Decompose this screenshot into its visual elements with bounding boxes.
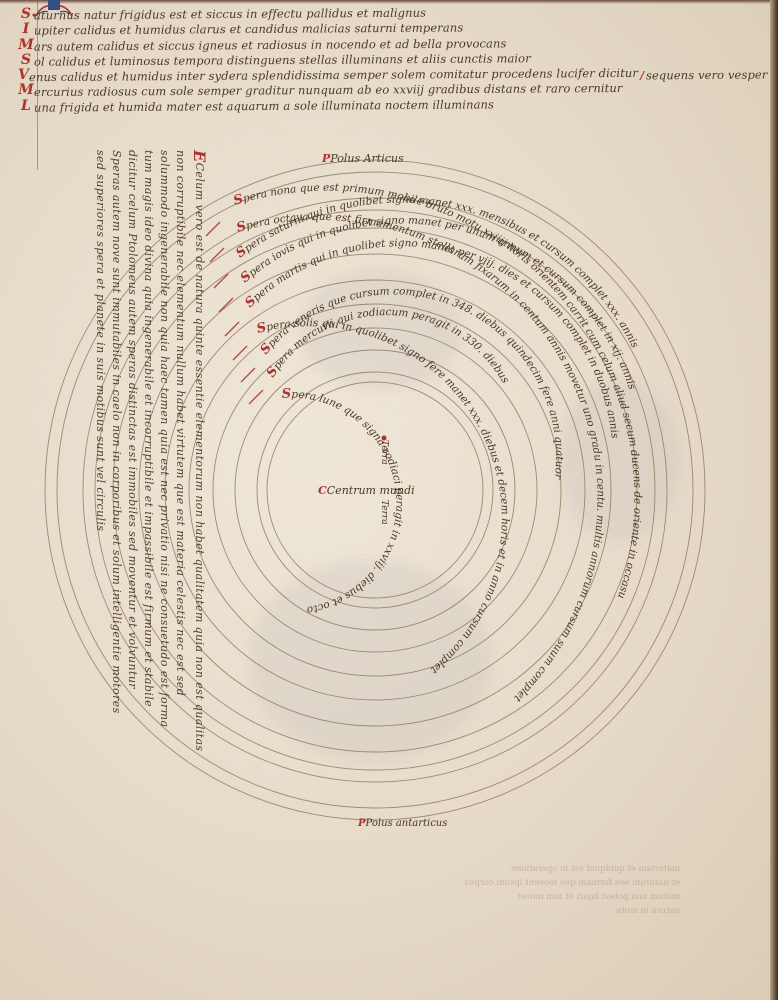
side-text-column: Speras autem nove sunt immutabiles in ca… xyxy=(110,150,123,714)
pole-arctic-label: PPolus Articus xyxy=(321,152,404,165)
side-commentary: ECelum vero est de natura quinte essenti… xyxy=(62,150,222,950)
showthrough-line: materiam et quidquid est in operatione xyxy=(480,862,680,876)
showthrough-line: natura in motu xyxy=(480,904,680,918)
pole-antarctic-label: PPolus antarticus xyxy=(357,818,447,829)
side-text-column: tum magis ideo divina quia ingenerabile … xyxy=(142,150,155,707)
side-text-column: dicitur celum Ptolomeus autem speras dis… xyxy=(126,150,139,689)
manuscript-page: S aturnus natur frigidus est et siccus i… xyxy=(0,0,778,1000)
side-text-column: solummodo ingenerabile non quia haec tam… xyxy=(158,150,171,727)
rubric-initial: E xyxy=(190,150,209,163)
showthrough-line: motum non potest ligari et non movet xyxy=(480,890,680,904)
verso-showthrough-text: materiam et quidquid est in operatione e… xyxy=(480,862,680,918)
side-text-column: ECelum vero est de natura quinte essenti… xyxy=(190,150,209,751)
side-text-column: non corruptibile nec elementum nullum ha… xyxy=(174,150,187,696)
side-text-column: sed superiores spera et planete in suis … xyxy=(94,150,107,531)
terra-label-bottom: Terra xyxy=(379,500,389,525)
showthrough-line: et naturam seu formam que movent ipsum c… xyxy=(480,876,680,890)
